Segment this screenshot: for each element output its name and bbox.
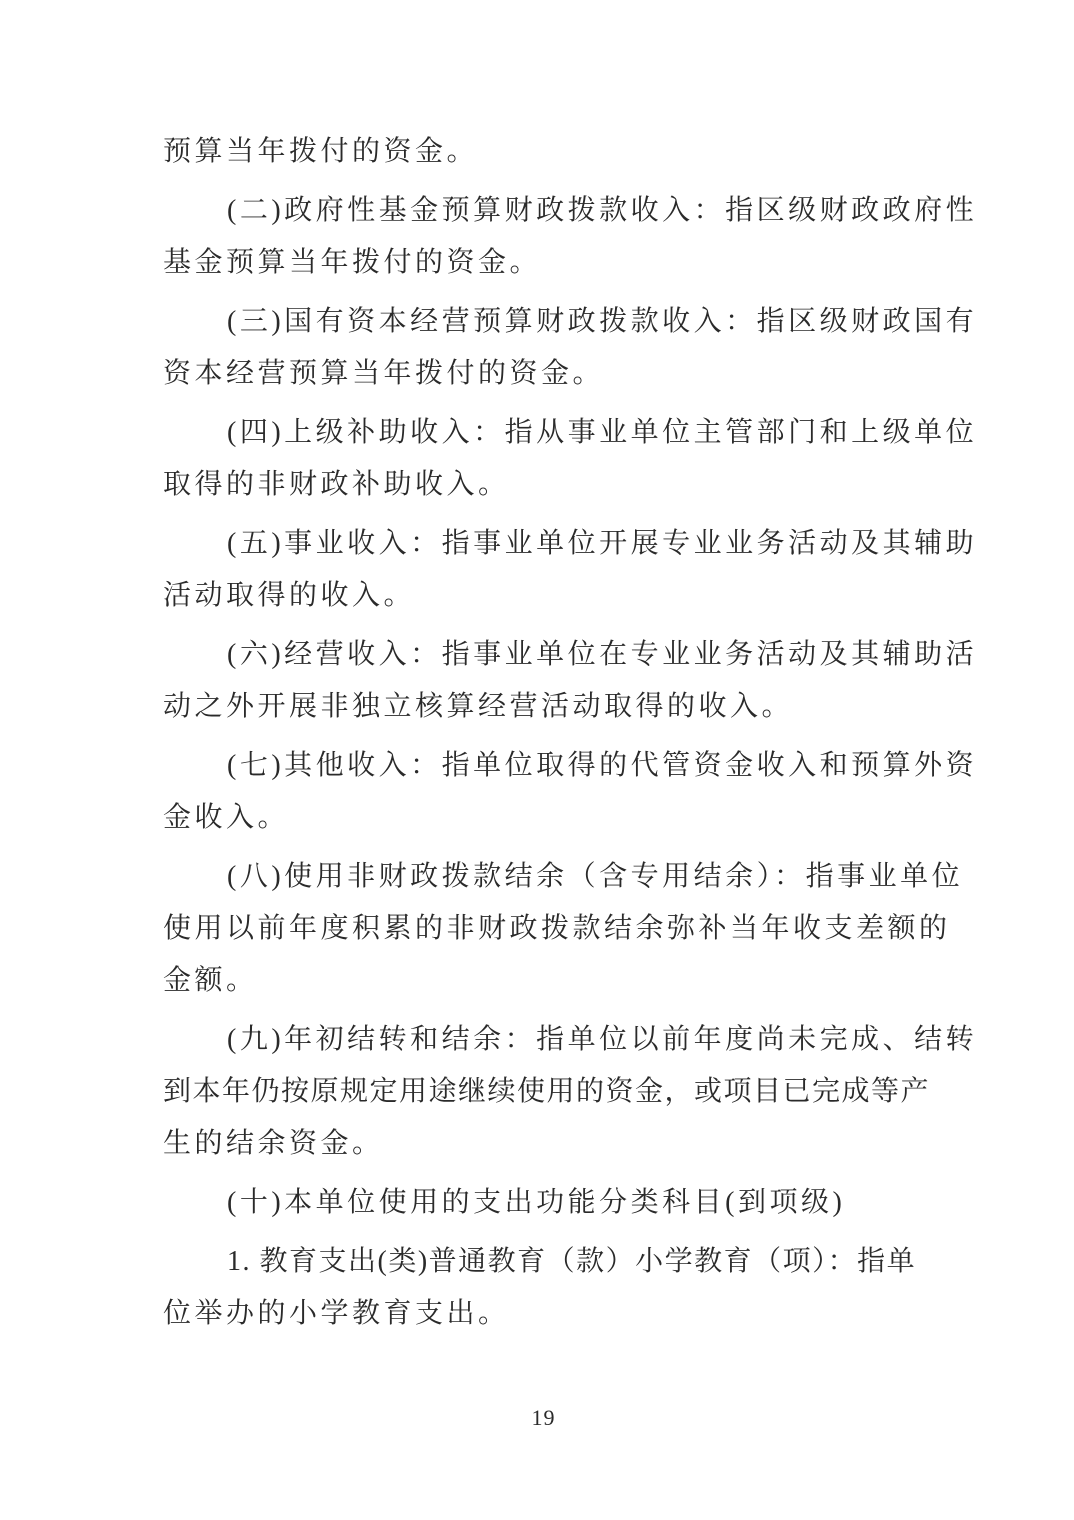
- text-line: 活动取得的收入。: [163, 570, 924, 622]
- document-page: 预算当年拨付的资金。 (二)政府性基金预算财政拨款收入：指区级财政政府性 基金预…: [0, 0, 1074, 1520]
- text-line: (十)本单位使用的支出功能分类科目(到项级): [163, 1177, 924, 1229]
- text-line: 金收入。: [163, 792, 924, 844]
- text-line: (四)上级补助收入：指从事业单位主管部门和上级单位: [163, 407, 924, 459]
- text-line: (三)国有资本经营预算财政拨款收入：指区级财政国有: [163, 296, 924, 348]
- text-line: 1. 教育支出(类)普通教育（款）小学教育（项）：指单: [163, 1236, 924, 1288]
- text-line: (五)事业收入：指事业单位开展专业业务活动及其辅助: [163, 518, 924, 570]
- text-line: (七)其他收入：指单位取得的代管资金收入和预算外资: [163, 740, 924, 792]
- text-line: 使用以前年度积累的非财政拨款结余弥补当年收支差额的: [163, 903, 924, 955]
- para-continuation: 预算当年拨付的资金。: [163, 126, 924, 178]
- para-iii-state-capital-income: (三)国有资本经营预算财政拨款收入：指区级财政国有 资本经营预算当年拨付的资金。: [163, 296, 924, 400]
- para-item-1-education-expenditure: 1. 教育支出(类)普通教育（款）小学教育（项）：指单 位举办的小学教育支出。: [163, 1236, 924, 1340]
- para-x-expenditure-classification: (十)本单位使用的支出功能分类科目(到项级): [163, 1177, 924, 1229]
- text-line: 位举办的小学教育支出。: [163, 1288, 924, 1340]
- text-line: 生的结余资金。: [163, 1118, 924, 1170]
- text-line: (九)年初结转和结余：指单位以前年度尚未完成、结转: [163, 1014, 924, 1066]
- text-line: (六)经营收入：指事业单位在专业业务活动及其辅助活: [163, 629, 924, 681]
- text-line: 资本经营预算当年拨付的资金。: [163, 348, 924, 400]
- text-line: 取得的非财政补助收入。: [163, 459, 924, 511]
- text-line: 金额。: [163, 955, 924, 1007]
- text-line: 动之外开展非独立核算经营活动取得的收入。: [163, 681, 924, 733]
- para-ii-gov-fund-budget-income: (二)政府性基金预算财政拨款收入：指区级财政政府性 基金预算当年拨付的资金。: [163, 185, 924, 289]
- text-line: (八)使用非财政拨款结余（含专用结余）：指事业单位: [163, 851, 924, 903]
- text-line: 基金预算当年拨付的资金。: [163, 237, 924, 289]
- text-line: 预算当年拨付的资金。: [163, 126, 924, 178]
- para-iv-superior-subsidy-income: (四)上级补助收入：指从事业单位主管部门和上级单位 取得的非财政补助收入。: [163, 407, 924, 511]
- para-viii-non-fiscal-balance: (八)使用非财政拨款结余（含专用结余）：指事业单位 使用以前年度积累的非财政拨款…: [163, 851, 924, 1007]
- para-vii-other-income: (七)其他收入：指单位取得的代管资金收入和预算外资 金收入。: [163, 740, 924, 844]
- para-ix-year-begin-carryover: (九)年初结转和结余：指单位以前年度尚未完成、结转 到本年仍按原规定用途继续使用…: [163, 1014, 924, 1170]
- text-line: (二)政府性基金预算财政拨款收入：指区级财政政府性: [163, 185, 924, 237]
- para-v-business-income: (五)事业收入：指事业单位开展专业业务活动及其辅助 活动取得的收入。: [163, 518, 924, 622]
- document-body: 预算当年拨付的资金。 (二)政府性基金预算财政拨款收入：指区级财政政府性 基金预…: [0, 0, 1074, 1433]
- page-number: 19: [163, 1403, 924, 1433]
- text-line: 到本年仍按原规定用途继续使用的资金，或项目已完成等产: [163, 1066, 924, 1118]
- para-vi-operating-income: (六)经营收入：指事业单位在专业业务活动及其辅助活 动之外开展非独立核算经营活动…: [163, 629, 924, 733]
